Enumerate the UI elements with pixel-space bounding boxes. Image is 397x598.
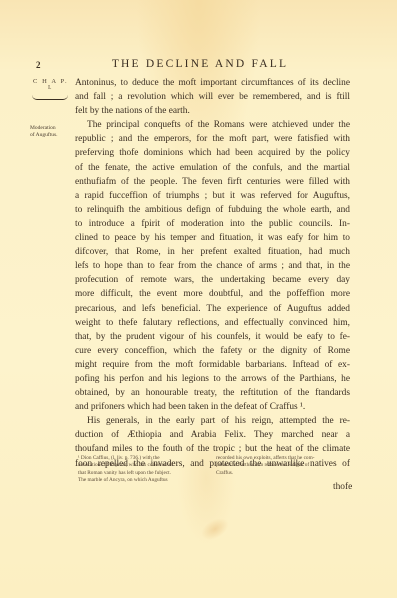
footnote-column-right: recorded his own exploits, afferts that …	[216, 455, 348, 484]
text-line: preferving thofe dominions which had bee…	[75, 146, 350, 160]
text-line: of the fenate, the active emulation of t…	[75, 161, 350, 175]
text-line: precarious, and lefs beneficial. The exp…	[75, 302, 350, 316]
text-line: to introduce a fpirit of moderation into…	[75, 217, 350, 231]
side-note: Moderation of Auguftus.	[30, 125, 70, 139]
text-line: pofing his perfon and his legions to the…	[75, 372, 350, 386]
text-line: Antoninus, to deduce the moft important …	[75, 76, 350, 90]
body-text: Antoninus, to deduce the moft important …	[75, 76, 350, 471]
chapter-brace-ornament	[32, 95, 68, 100]
text-line: enthufiafm of the people. The feven firf…	[75, 175, 350, 189]
footnote-line: Craffus.	[216, 470, 348, 477]
text-line: profecution of remote wars, the undertak…	[75, 273, 350, 287]
text-line: might require from the moft formidable b…	[75, 358, 350, 372]
text-line: and prifoners which had been taken in th…	[75, 400, 350, 414]
footnote-line: The marble of Ancyra, on which Auguftus	[78, 477, 210, 484]
text-line: weight to thefe falutary reflections, an…	[75, 316, 350, 330]
text-line: that, by the prudent vigour of his counf…	[75, 330, 350, 344]
text-line: felt by the nations of the earth.	[75, 104, 350, 118]
side-note-line: of Auguftus.	[30, 132, 70, 139]
text-line: difcover, that Rome, in her prefent exal…	[75, 245, 350, 259]
book-page: 2 THE DECLINE AND FALL C H A P. I. Moder…	[0, 0, 397, 598]
header-title: THE DECLINE AND FALL	[30, 58, 370, 70]
text-line: to relinquifh the ambitious defign of fu…	[75, 203, 350, 217]
text-line: His generals, in the early part of his r…	[75, 414, 350, 428]
text-line: more difficult, the event more doubtful,…	[75, 287, 350, 301]
text-line: a rapid fucceffion of triumphs ; but it …	[75, 189, 350, 203]
footnote-line: pelled the Parthians to reftore the enfi…	[216, 462, 348, 469]
chapter-label: C H A P.	[33, 78, 68, 85]
footnote-line: that Roman vanity has left upon the fubj…	[78, 470, 210, 477]
text-line: duction of Æthiopia and Arabia Felix. Th…	[75, 428, 350, 442]
paper-stain	[198, 514, 233, 545]
running-head: 2 THE DECLINE AND FALL	[30, 58, 370, 72]
text-line: clined to peace by his temper and fituat…	[75, 231, 350, 245]
footnotes: ¹ Dion Caffius, (l. liv. p. 736.) with t…	[78, 455, 348, 484]
footnote-line: annotations of Reymar, who has collected…	[78, 462, 210, 469]
text-line: republic ; and the emperors, for the mof…	[75, 132, 350, 146]
text-line: cure every conceffion, which the fafety …	[75, 344, 350, 358]
text-line: and fall ; a revolution which will ever …	[75, 90, 350, 104]
side-note-line: Moderation	[30, 125, 70, 132]
chapter-number: I.	[48, 85, 52, 92]
footnote-column-left: ¹ Dion Caffius, (l. liv. p. 736.) with t…	[78, 455, 210, 484]
text-line: The principal conquefts of the Romans we…	[75, 118, 350, 132]
text-line: obtained, by an honourable treaty, the r…	[75, 386, 350, 400]
text-line: lefs to hope than to fear from the chanc…	[75, 259, 350, 273]
catchword: thofe	[333, 482, 352, 492]
